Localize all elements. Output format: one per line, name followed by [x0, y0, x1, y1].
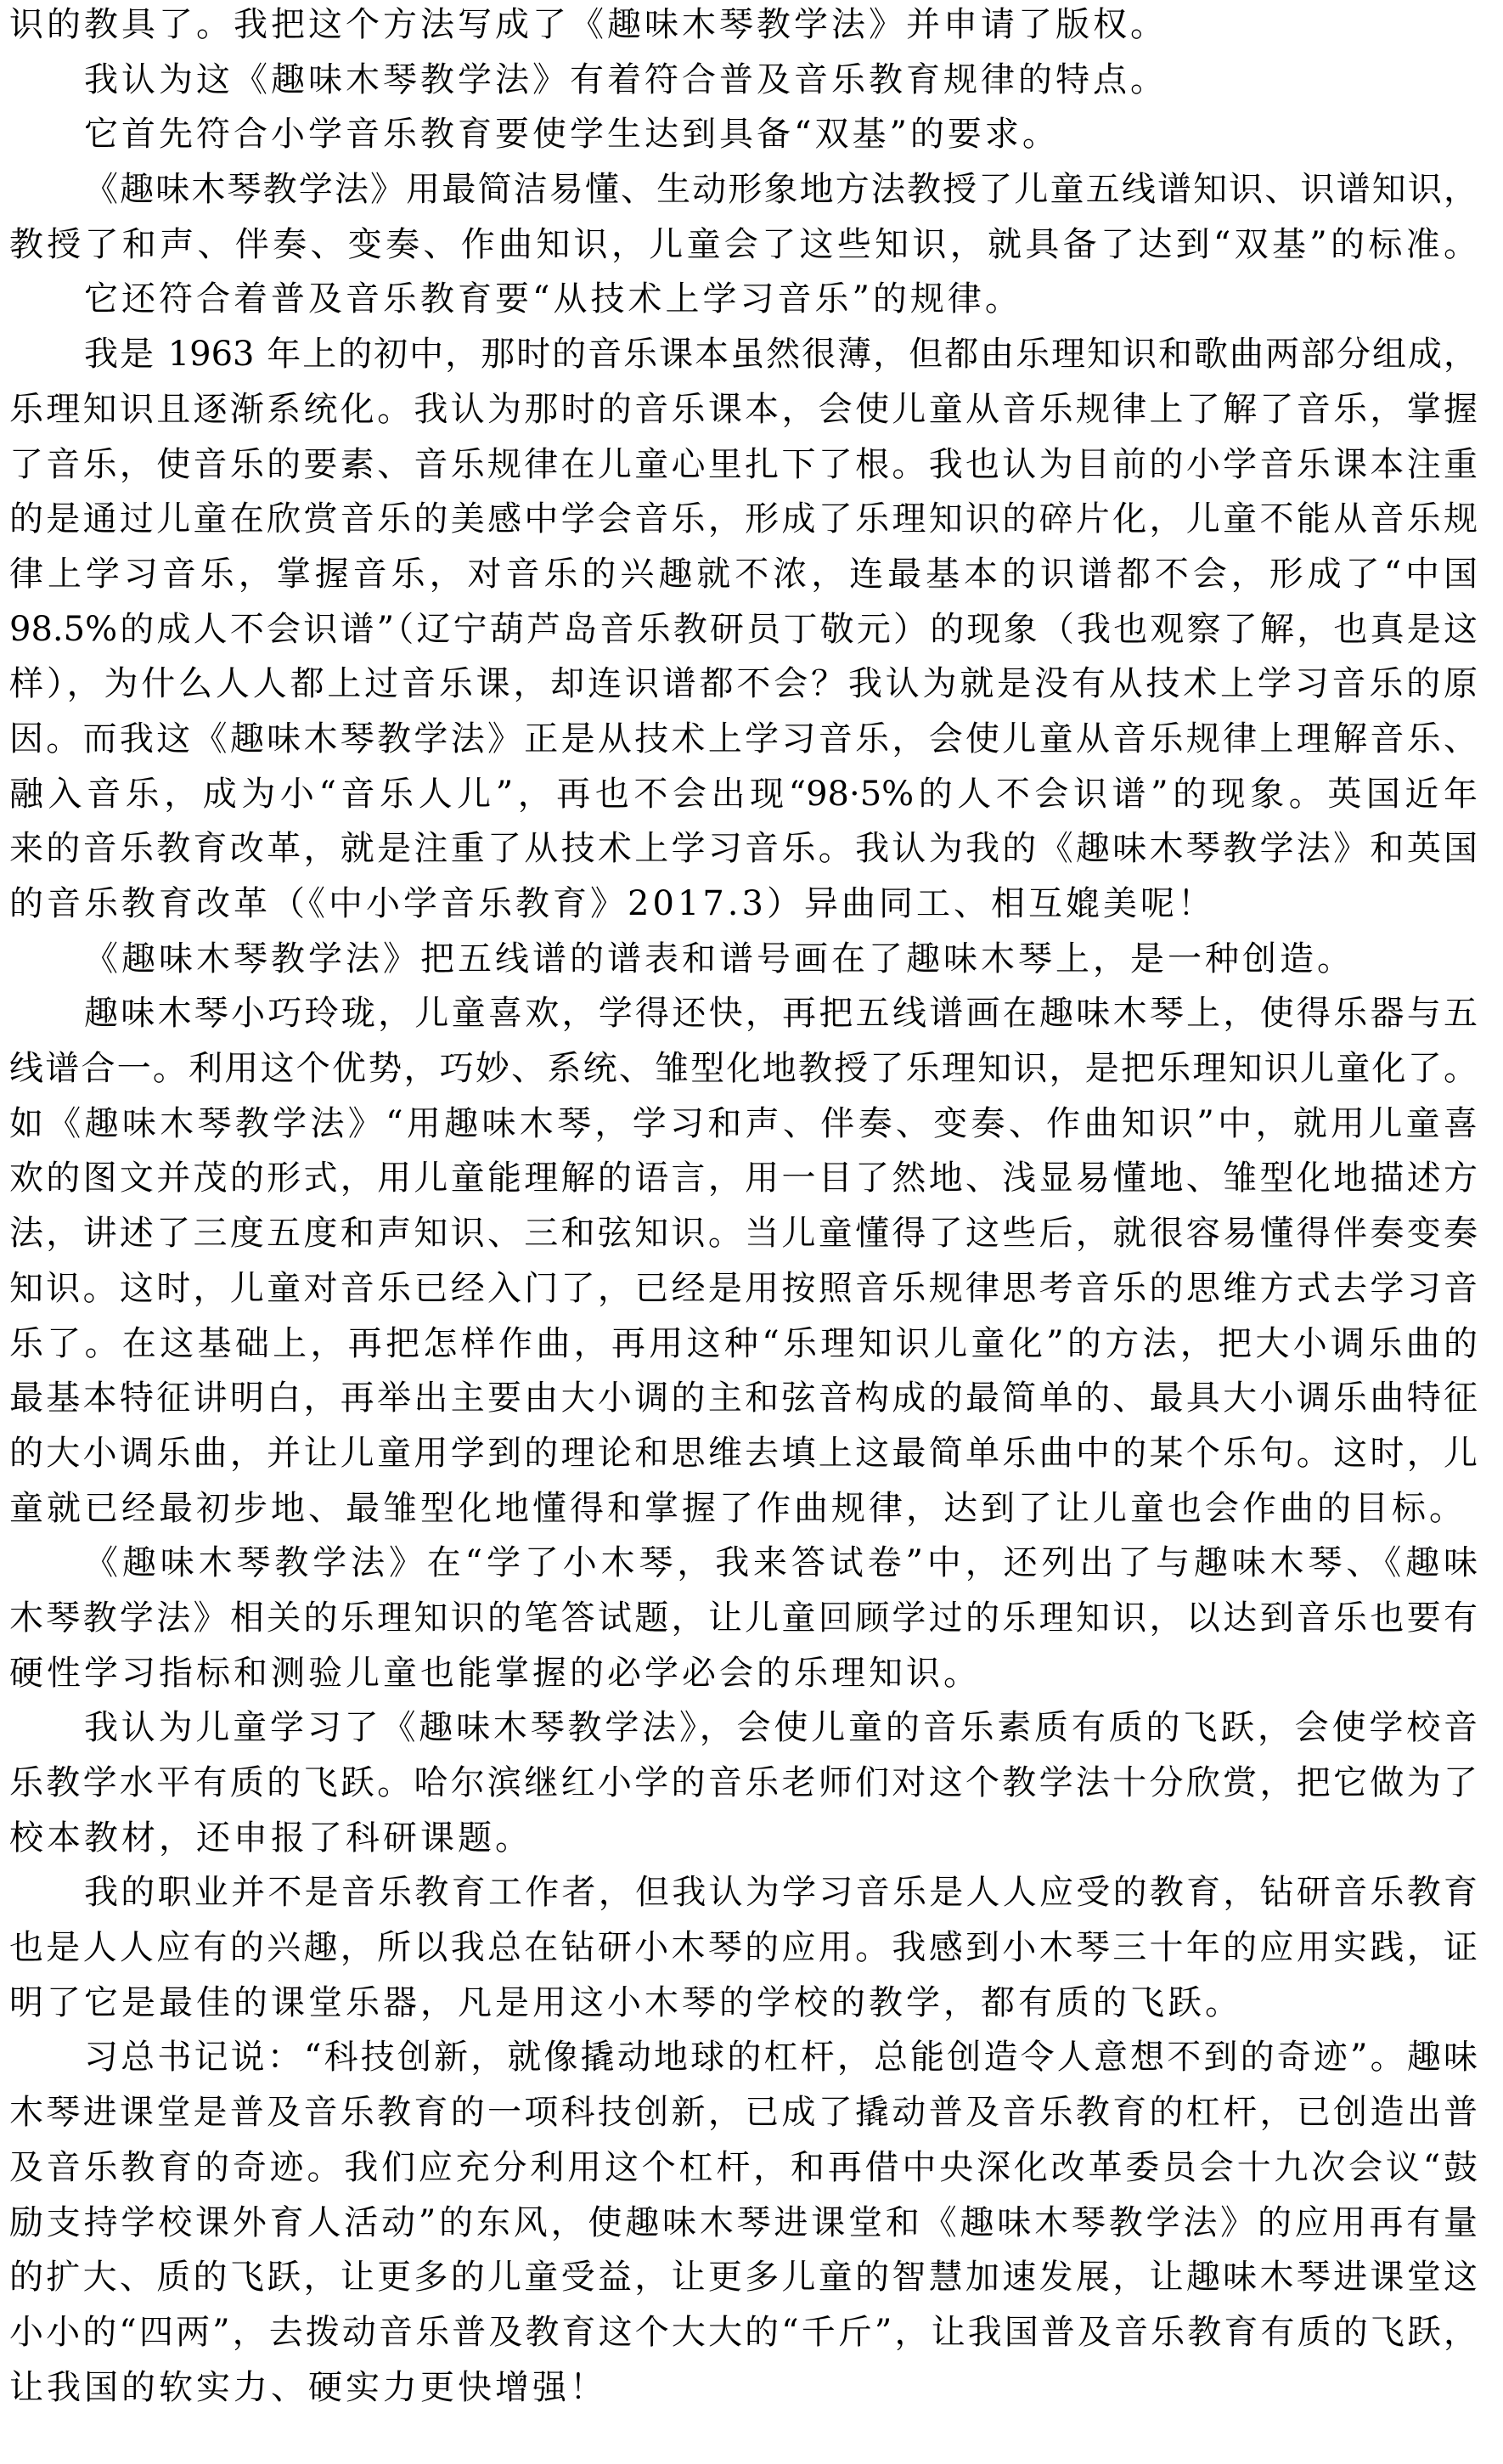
- text-line: 法，讲述了三度五度和声知识、三和弦知识。当儿童懂得了这些后，就很容易懂得伴奏变奏: [9, 1206, 1478, 1261]
- text-line: 我的职业并不是音乐教育工作者，但我认为学习音乐是人人应受的教育，钻研音乐教育: [9, 1865, 1478, 1920]
- text-line: 因。而我这《趣味木琴教学法》正是从技术上学习音乐，会使儿童从音乐规律上理解音乐、: [9, 712, 1478, 767]
- paragraph-continued: 识的教具了。我把这个方法写成了《趣味木琴教学法》并申请了版权。: [9, 0, 1478, 53]
- text-line: 识的教具了。我把这个方法写成了《趣味木琴教学法》并申请了版权。: [9, 0, 1478, 53]
- paragraph: 《趣味木琴教学法》在“学了小木琴，我来答试卷”中，还列出了与趣味木琴、《趣味 木…: [9, 1536, 1478, 1700]
- text-line: 小小的“四两”，去拨动音乐普及教育这个大大的“千斤”，让我国普及音乐教育有质的飞…: [9, 2305, 1478, 2360]
- text-line: 习总书记说：“科技创新，就像撬动地球的杠杆，总能创造令人意想不到的奇迹”。趣味: [9, 2030, 1478, 2085]
- paragraph: 我的职业并不是音乐教育工作者，但我认为学习音乐是人人应受的教育，钻研音乐教育 也…: [9, 1865, 1478, 2030]
- text-line: 《趣味木琴教学法》在“学了小木琴，我来答试卷”中，还列出了与趣味木琴、《趣味: [9, 1536, 1478, 1591]
- text-line: 童就已经最初步地、最雏型化地懂得和掌握了作曲规律，达到了让儿童也会作曲的目标。: [9, 1481, 1478, 1536]
- paragraph: 我是 1963 年上的初中，那时的音乐课本虽然很薄，但都由乐理知识和歌曲两部分组…: [9, 327, 1478, 932]
- text-line: 趣味木琴小巧玲珑，儿童喜欢，学得还快，再把五线谱画在趣味木琴上，使得乐器与五: [9, 986, 1478, 1041]
- text-line: 的扩大、质的飞跃，让更多的儿童受益，让更多儿童的智慧加速发展，让趣味木琴进课堂这: [9, 2250, 1478, 2305]
- paragraph: 《趣味木琴教学法》用最简洁易懂、生动形象地方法教授了儿童五线谱知识、识谱知识， …: [9, 162, 1478, 272]
- text-line: 我认为这《趣味木琴教学法》有着符合普及音乐教育规律的特点。: [9, 53, 1478, 108]
- paragraph: 趣味木琴小巧玲珑，儿童喜欢，学得还快，再把五线谱画在趣味木琴上，使得乐器与五 线…: [9, 986, 1478, 1536]
- paragraph: 《趣味木琴教学法》把五线谱的谱表和谱号画在了趣味木琴上，是一种创造。: [9, 932, 1478, 987]
- text-line: 的大小调乐曲，并让儿童用学到的理论和思维去填上这最简单乐曲中的某个乐句。这时，儿: [9, 1426, 1478, 1481]
- text-line: 如《趣味木琴教学法》“用趣味木琴，学习和声、伴奏、变奏、作曲知识”中，就用儿童喜: [9, 1097, 1478, 1152]
- text-line: 明了它是最佳的课堂乐器，凡是用这小木琴的学校的教学，都有质的飞跃。: [9, 1976, 1478, 2031]
- text-line: 乐理知识且逐渐系统化。我认为那时的音乐课本，会使儿童从音乐规律上了解了音乐，掌握: [9, 382, 1478, 437]
- text-line: 《趣味木琴教学法》把五线谱的谱表和谱号画在了趣味木琴上，是一种创造。: [9, 932, 1478, 987]
- text-line: 样），为什么人人都上过音乐课，却连识谱都不会？我认为就是没有从技术上学习音乐的原: [9, 657, 1478, 712]
- document-body: 识的教具了。我把这个方法写成了《趣味木琴教学法》并申请了版权。 我认为这《趣味木…: [9, 0, 1478, 2415]
- text-line: 它首先符合小学音乐教育要使学生达到具备“双基”的要求。: [9, 107, 1478, 162]
- text-line: 来的音乐教育改革，就是注重了从技术上学习音乐。我认为我的《趣味木琴教学法》和英国: [9, 821, 1478, 877]
- text-line: 的音乐教育改革（《中小学音乐教育》2017.3）异曲同工、相互媲美呢！: [9, 877, 1478, 932]
- text-line: 它还符合着普及音乐教育要“从技术上学习音乐”的规律。: [9, 272, 1478, 327]
- text-line: 励支持学校课外育人活动”的东风，使趣味木琴进课堂和《趣味木琴教学法》的应用再有量: [9, 2196, 1478, 2251]
- text-line: 我认为儿童学习了《趣味木琴教学法》，会使儿童的音乐素质有质的飞跃，会使学校音: [9, 1700, 1478, 1756]
- text-line: 欢的图文并茂的形式，用儿童能理解的语言，用一目了然地、浅显易懂地、雏型化地描述方: [9, 1151, 1478, 1206]
- text-line: 融入音乐，成为小“音乐人儿”，再也不会出现“98·5%的人不会识谱”的现象。英国…: [9, 767, 1478, 822]
- text-line: 也是人人应有的兴趣，所以我总在钻研小木琴的应用。我感到小木琴三十年的应用实践，证: [9, 1920, 1478, 1976]
- text-line: 的是通过儿童在欣赏音乐的美感中学会音乐，形成了乐理知识的碎片化，儿童不能从音乐规: [9, 492, 1478, 547]
- text-line: 线谱合一。利用这个优势，巧妙、系统、雏型化地教授了乐理知识，是把乐理知识儿童化了…: [9, 1041, 1478, 1097]
- text-line: 硬性学习指标和测验儿童也能掌握的必学必会的乐理知识。: [9, 1646, 1478, 1701]
- text-line: 及音乐教育的奇迹。我们应充分利用这个杠杆，和再借中央深化改革委员会十九次会议“鼓: [9, 2140, 1478, 2196]
- text-line: 了音乐，使音乐的要素、音乐规律在儿童心里扎下了根。我也认为目前的小学音乐课本注重: [9, 437, 1478, 493]
- text-line: 校本教材，还申报了科研课题。: [9, 1811, 1478, 1866]
- text-line: 最基本特征讲明白，再举出主要由大小调的主和弦音构成的最简单的、最具大小调乐曲特征: [9, 1371, 1478, 1426]
- paragraph: 我认为儿童学习了《趣味木琴教学法》，会使儿童的音乐素质有质的飞跃，会使学校音 乐…: [9, 1700, 1478, 1865]
- text-line: 98.5%的成人不会识谱”（辽宁葫芦岛音乐教研员丁敬元）的现象（我也观察了解，也…: [9, 602, 1478, 657]
- text-line: 木琴进课堂是普及音乐教育的一项科技创新，已成了撬动普及音乐教育的杠杆，已创造出普: [9, 2085, 1478, 2140]
- text-line: 我是 1963 年上的初中，那时的音乐课本虽然很薄，但都由乐理知识和歌曲两部分组…: [9, 327, 1478, 382]
- text-line: 木琴教学法》相关的乐理知识的笔答试题，让儿童回顾学过的乐理知识，以达到音乐也要有: [9, 1591, 1478, 1646]
- text-line: 教授了和声、伴奏、变奏、作曲知识，儿童会了这些知识，就具备了达到“双基”的标准。: [9, 217, 1478, 273]
- paragraph: 习总书记说：“科技创新，就像撬动地球的杠杆，总能创造令人意想不到的奇迹”。趣味 …: [9, 2030, 1478, 2415]
- text-line: 乐教学水平有质的飞跃。哈尔滨继红小学的音乐老师们对这个教学法十分欣赏，把它做为了: [9, 1756, 1478, 1811]
- paragraph: 它还符合着普及音乐教育要“从技术上学习音乐”的规律。: [9, 272, 1478, 327]
- paragraph: 它首先符合小学音乐教育要使学生达到具备“双基”的要求。: [9, 107, 1478, 162]
- text-line: 乐了。在这基础上，再把怎样作曲，再用这种“乐理知识儿童化”的方法，把大小调乐曲的: [9, 1317, 1478, 1372]
- text-line: 《趣味木琴教学法》用最简洁易懂、生动形象地方法教授了儿童五线谱知识、识谱知识，: [9, 162, 1478, 217]
- text-line: 律上学习音乐，掌握音乐，对音乐的兴趣就不浓，连最基本的识谱都不会，形成了“中国: [9, 547, 1478, 602]
- text-line: 让我国的软实力、硬实力更快增强！: [9, 2360, 1478, 2416]
- paragraph: 我认为这《趣味木琴教学法》有着符合普及音乐教育规律的特点。: [9, 53, 1478, 108]
- text-line: 知识。这时，儿童对音乐已经入门了，已经是用按照音乐规律思考音乐的思维方式去学习音: [9, 1261, 1478, 1317]
